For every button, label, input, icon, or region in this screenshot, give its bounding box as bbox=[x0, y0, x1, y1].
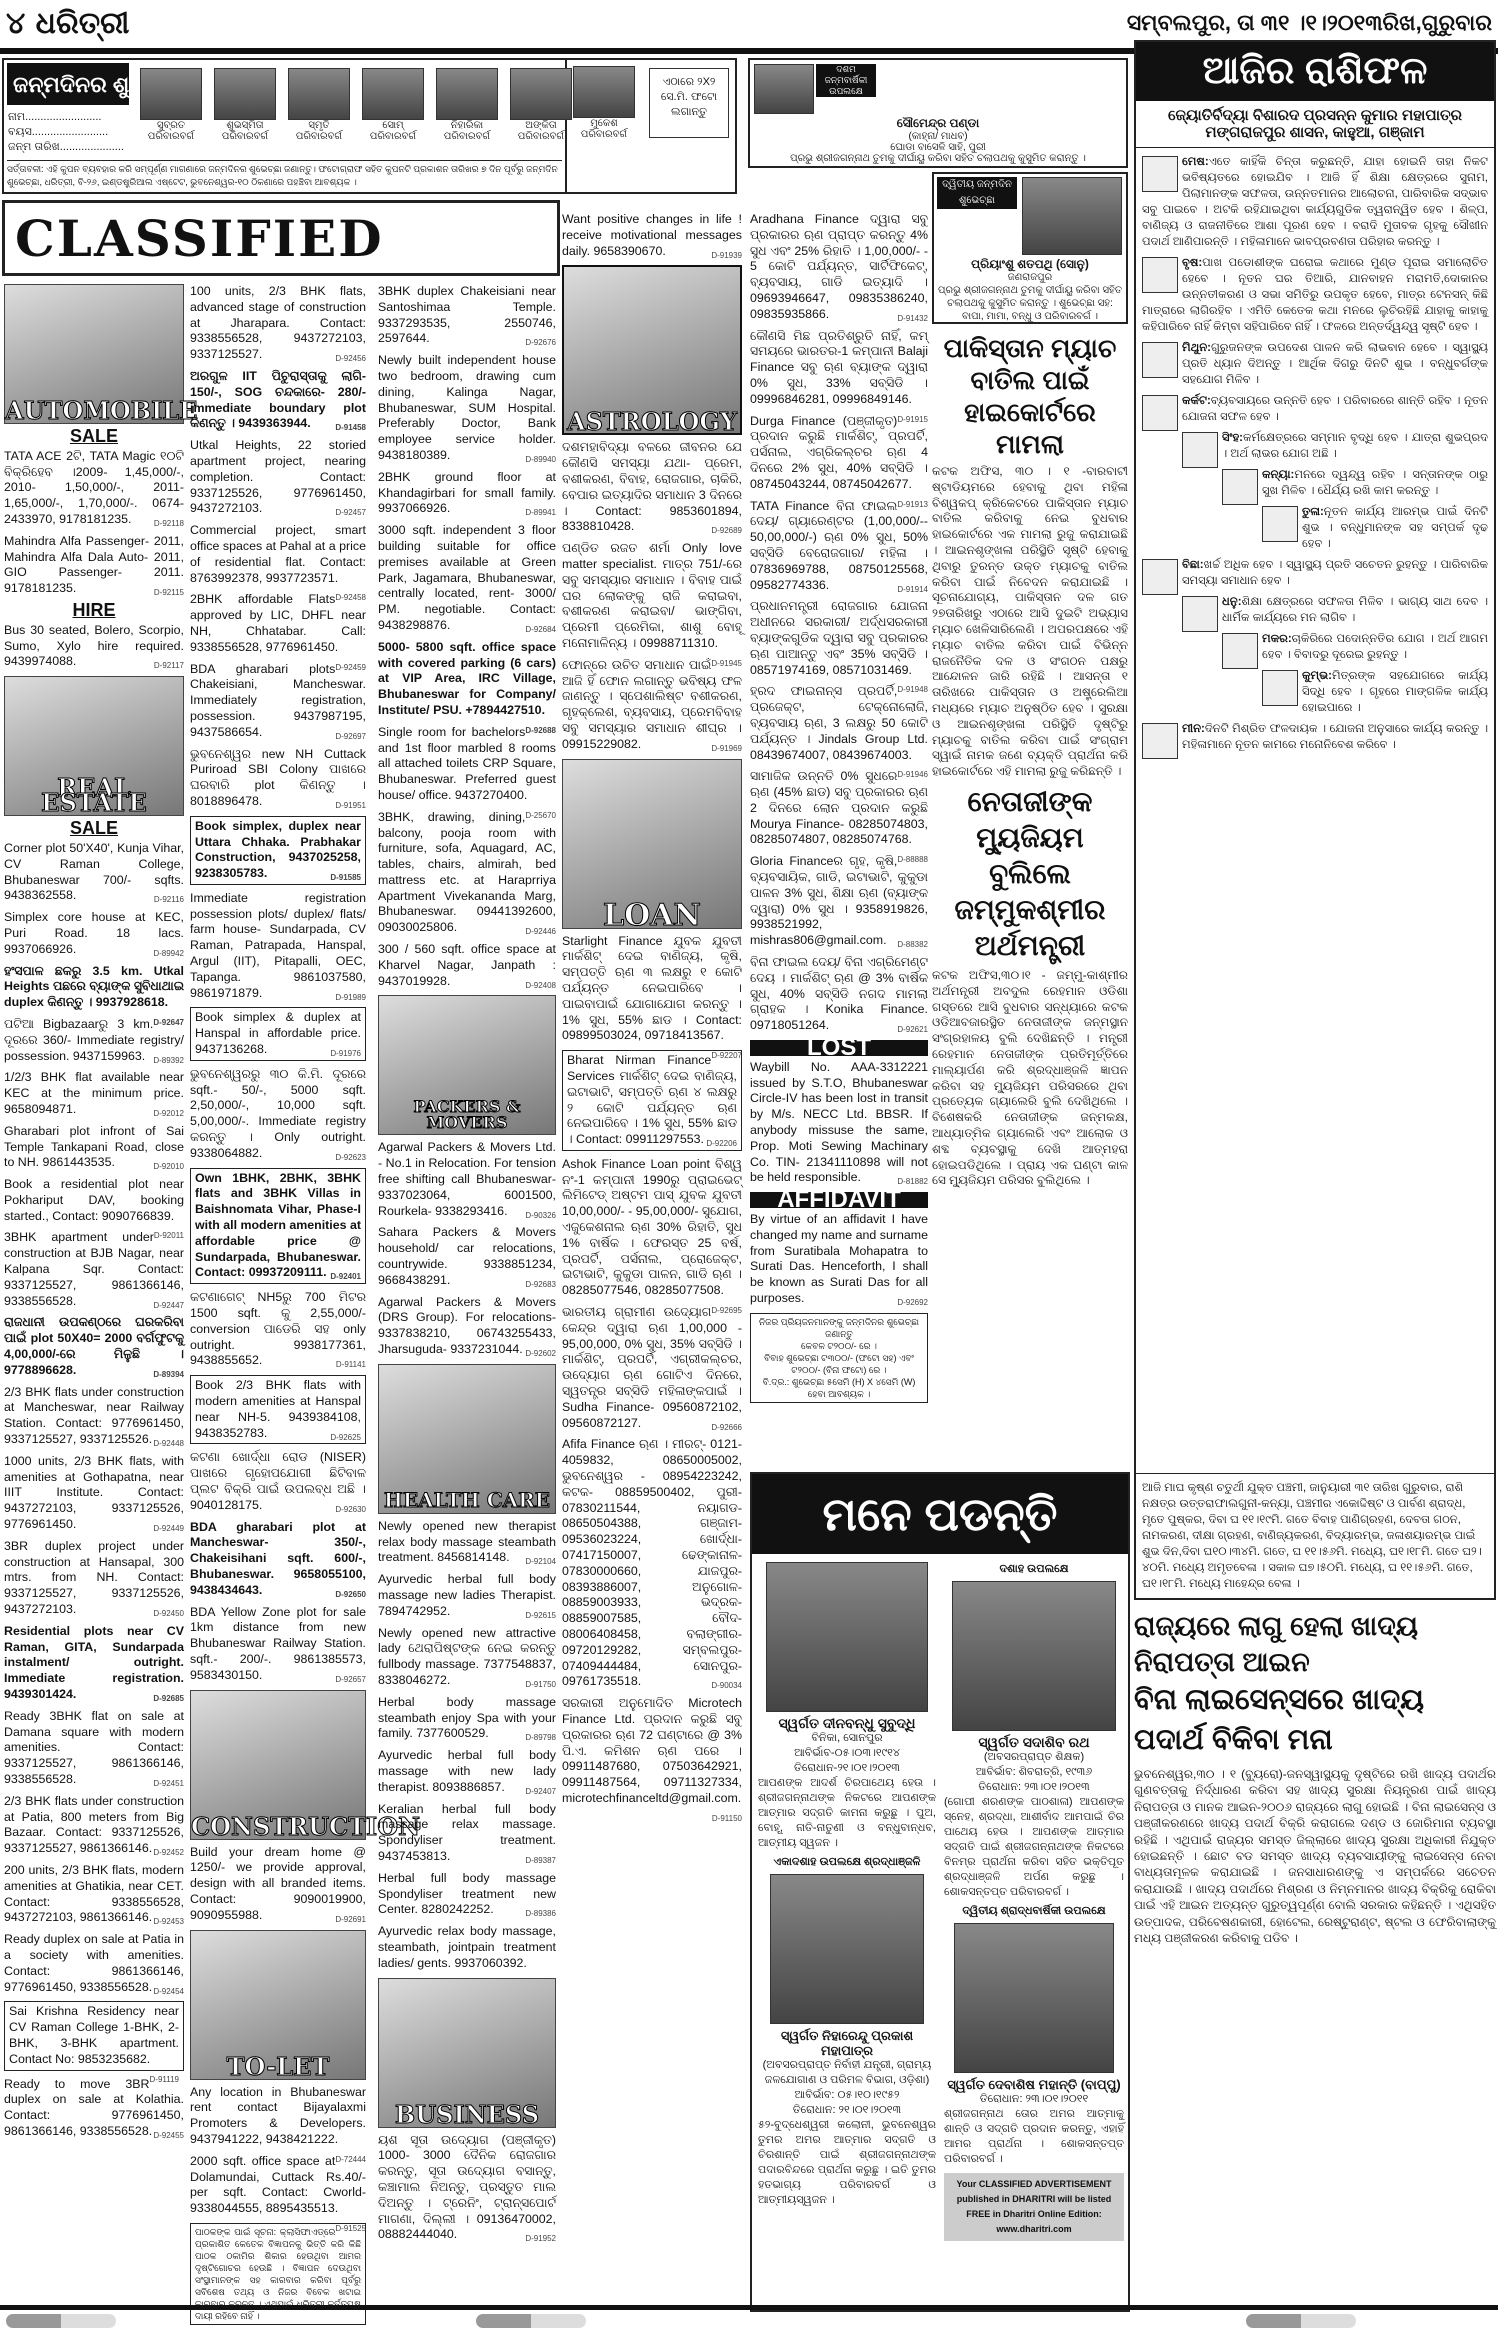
photo-slot: ଏଠାରେ ୨X୨ ସେ.ମି. ଫଟୋ ଲଗାନ୍ତୁ bbox=[649, 68, 729, 138]
zodiac-entry: ସିଂହ:କର୍ମକ୍ଷେତ୍ରରେ ସମ୍ମାନ ବୃଦ୍ଧି ହେବ । ଯ… bbox=[1142, 430, 1488, 462]
headline-food-safety-2: ବିନା ଲାଇସେନ୍ସରେ ଖାଦ୍ୟ ପଦାର୍ଥ ବିକିବା ମନା bbox=[1134, 1680, 1496, 1760]
zodiac-sign-icon bbox=[1262, 506, 1298, 542]
column-finance: Aradhana Finance ଦ୍ୱାରା ସବୁ ପ୍ରକାରର ଋଣ ପ… bbox=[750, 212, 928, 1403]
horoscope-title: ଆଜିର ରାଶିଫଳ bbox=[1136, 42, 1494, 101]
portrait-photo bbox=[952, 1581, 1116, 1731]
obit-tag: ଏକାଦଶାହ ଉପଲକ୍ଷେ ଶ୍ରଦ୍ଧାଞ୍ଜଳି bbox=[758, 1855, 936, 1870]
packers-list: Agarwal Packers & Movers Ltd. - No.1 in … bbox=[378, 1140, 556, 1357]
astrology-banner: ASTROLOGY bbox=[562, 265, 742, 435]
page-number-masthead: ୪ ଧରିତ୍ରୀ bbox=[6, 6, 129, 41]
obit-name: ସ୍ୱର୍ଗତ ଦେବାଶିଷ ମହାନ୍ତି (ବାପ୍ପୁ) bbox=[944, 2077, 1124, 2092]
classified-ad: ଭାରତୀୟ ଗ୍ରାମୀଣ ଉଦ୍ୟୋଗ କେନ୍ଦ୍ର ଦ୍ୱାରା ଋଣ … bbox=[562, 1305, 742, 1431]
name-field[interactable]: ନାମ......................... bbox=[8, 110, 124, 125]
section-hire: HIRE bbox=[4, 603, 184, 619]
panjika-box: ଆଜି ମାଘ କୃଷ୍ଣ ଚତୁର୍ଥୀ ଯୁକ୍ତ ପଞ୍ଚମୀ, ଜାନୁ… bbox=[1136, 1473, 1494, 1598]
headline-pakistan-match: ପାକିସ୍ତାନ ମ୍ୟାଚ ବାତିଲ ପାଇଁ ହାଇକୋର୍ଟରେ ମା… bbox=[932, 332, 1128, 460]
column-automobile-realestate: AUTOMOBILE SALE TATA ACE 2ଟି, TATA Magic… bbox=[4, 284, 184, 2146]
classified-ad: Starlight Finance ଯୁବକ ଯୁବତୀ ମାର୍କଶିଟ୍ ଦ… bbox=[562, 934, 742, 1045]
classified-ad: 1/2/3 BHK flat available near KEC at the… bbox=[4, 1070, 184, 1117]
footer-rule bbox=[0, 2305, 1498, 2310]
zodiac-entry: ମିଥୁନ:ଗୁରୁଜନଙ୍କ ଉପଦେଶ ପାଳନ କରି ଲାଭବାନ ହେ… bbox=[1142, 340, 1488, 388]
classified-ad: Residential plots near CV Raman, GITA, S… bbox=[4, 1624, 184, 1703]
classified-ad: BDA Yellow Zone plot for sale 1km distan… bbox=[190, 1605, 366, 1684]
construction-banner: CONSTRUCTION bbox=[190, 1690, 366, 1840]
classified-ad: Gharabari plot infront of Sai Temple Tan… bbox=[4, 1124, 184, 1171]
classified-ad: 300 / 560 sqft. office space at Kharvel … bbox=[378, 942, 556, 989]
classified-ad: Want positive changes in life ! receive … bbox=[562, 212, 742, 259]
kid-card: ସ୍ମୃତିପରିବାରବର୍ଗ bbox=[288, 68, 350, 142]
zodiac-entry: ଧନୁ:ଶିକ୍ଷା କ୍ଷେତ୍ରରେ ସଫଳତା ମିଳିବ । ଭାଗ୍ୟ… bbox=[1142, 594, 1488, 626]
coupon-terms: ସର୍ତ୍ତାବଳୀ: ଏହି କୁପନ ବ୍ୟବହାର କରି ସମ୍ପୂର୍… bbox=[7, 160, 562, 189]
kid-card: ସୁବ୍ରତପରିବାରବର୍ଗ bbox=[140, 68, 202, 142]
zodiac-sign-icon bbox=[1222, 469, 1258, 505]
classified-ad: ହଂସପାଳ ଛକରୁ 3.5 km. Utkal Heights ପଛରେ ବ… bbox=[4, 964, 184, 1011]
kid-card: ସୋମ୍ପରିବାରବର୍ଗ bbox=[362, 68, 424, 142]
obituary-section: ମନେ ପଡନ୍ତି ସ୍ୱର୍ଗତ ଦୀନବନ୍ଧୁ ସୁବୁଦ୍ଧି ବିନ… bbox=[750, 1472, 1130, 2312]
kid-card: ନିହାରିକାପରିବାରବର୍ଗ bbox=[436, 68, 498, 142]
classified-ad: Ashok Finance Loan point ବିଶ୍ୱ ନଂ-1 କମ୍ପ… bbox=[562, 1157, 742, 1299]
headline-netaji-museum: ନେତାଜୀଙ୍କ ମ୍ୟୁଜିୟମ ବୁଲିଲେ ଜମ୍ମୁକଶ୍ମୀର ଅର… bbox=[932, 784, 1128, 964]
ad-list: 100 units, 2/3 BHK flats, advanced stage… bbox=[190, 284, 366, 1684]
classified-ad: Aradhana Finance ଦ୍ୱାରା ସବୁ ପ୍ରକାରର ଋଣ ପ… bbox=[750, 212, 928, 323]
anniv-name: ସୌମେନ୍ଦ୍ର ପଣ୍ଡା bbox=[754, 116, 1122, 131]
zodiac-sign-icon bbox=[1142, 257, 1178, 293]
classified-ad: Ready duplex on sale at Patia in a socie… bbox=[4, 1932, 184, 1995]
classified-ad: Book a residential plot near Pokhariput … bbox=[4, 1177, 184, 1224]
classified-ad: Book simplex, duplex near Uttara Chhaka.… bbox=[190, 816, 366, 885]
classified-ad: Gloria Financeର ଗୃହ, କୃଷି, ବ୍ୟବସାୟିକ, ଗା… bbox=[750, 854, 928, 949]
health-care-banner: HEALTH CARE bbox=[378, 1364, 556, 1514]
classified-ad: Simplex core house at KEC, Puri Road. 18… bbox=[4, 910, 184, 957]
obit-name: ସ୍ୱର୍ଗତ ସଦାଶିବ ରଥ bbox=[944, 1735, 1124, 1750]
anniv-tag: ଦ୍ୱିତୀୟ ଜନ୍ମଦିନ ଶୁଭେଚ୍ଛା bbox=[937, 177, 1017, 209]
zodiac-entry: କନ୍ୟା:ମନରେ ଦ୍ୱନ୍ଦ୍ୱ ରହିବ । ସନ୍ତାନଙ୍କ ଠାର… bbox=[1142, 467, 1488, 499]
headline-food-safety-1: ରାଜ୍ୟରେ ଲାଗୁ ହେଲା ଖାଦ୍ୟ ନିରାପତ୍ତା ଆଇନ bbox=[1134, 1608, 1496, 1680]
anniv-address: ଜଣରାଜପୁର bbox=[937, 271, 1123, 284]
page-indicator bbox=[6, 2314, 116, 2328]
age-field[interactable]: ବୟସ......................... bbox=[8, 125, 124, 140]
zodiac-sign-icon bbox=[1182, 596, 1218, 632]
anniv-message: ପ୍ରଭୁ ଶ୍ରୀଜଗନ୍ନାଥ ତୁମକୁ ଦୀର୍ଘାୟୁ କରିବା ସ… bbox=[754, 153, 1122, 164]
classified-ad: TATA ACE 2ଟି, TATA Magic ୧୦ଟି ବିକ୍ରିହେବ … bbox=[4, 449, 184, 528]
loan-banner: LOAN bbox=[562, 759, 742, 929]
classified-ad: ଅରଗୁଳ IIT ପିଚୁରାସ୍ତାକୁ ଲାଗି- 150/-, SOG … bbox=[190, 369, 366, 432]
coupon-fields: ନାମ......................... ବୟସ........… bbox=[8, 110, 124, 155]
health-list: Newly opened new therapist relax body ma… bbox=[378, 1519, 556, 1972]
classified-ad: ସରକାରୀ ଅନୁମୋଦିତ Microtech Finance Ltd. ପ… bbox=[562, 1696, 742, 1807]
birthday-ad-2: ଦ୍ୱିତୀୟ ଜନ୍ମଦିନ ଶୁଭେଚ୍ଛା ପ୍ରିୟାଂଶୁ ଶତପଥି… bbox=[932, 172, 1128, 324]
anniv-name: ପ୍ରିୟାଂଶୁ ଶତପଥି (ସୋନୁ) bbox=[937, 258, 1123, 271]
kid-photo bbox=[436, 68, 498, 120]
classified-ad: Ayurvedic relax body massage, steambath,… bbox=[378, 1924, 556, 1971]
finance-list: Aradhana Finance ଦ୍ୱାରା ସବୁ ପ୍ରକାରର ଋଣ ପ… bbox=[750, 212, 928, 1034]
kid-card: ମୁକେଶପରିବାରବର୍ଗ bbox=[573, 66, 635, 140]
classified-ad: Sahara Packers & Movers household/ car r… bbox=[378, 1225, 556, 1288]
kid-card: ଅଙ୍କିତାପରିବାରବର୍ଗ bbox=[510, 68, 572, 142]
classified-ad: Bus 30 seated, Bolero, Scorpio, Sumo, Xy… bbox=[4, 623, 184, 670]
zodiac-sign-icon bbox=[1182, 432, 1218, 468]
child-photo bbox=[1022, 177, 1122, 255]
astrology-list: ଦଶମହାବିଦ୍ୟା ବଳରେ ଜୀବନର ଯେ କୌଣସି ସମସ୍ୟା ଯ… bbox=[562, 440, 742, 752]
kid-photo bbox=[214, 68, 276, 120]
zodiac-list: ମେଷ:ଏତେ କାହିଁକି ଚିନ୍ତା କରୁଛନ୍ତି, ଯାହା ହୋ… bbox=[1136, 148, 1494, 764]
affidavit-notice: By virtue of an affidavit I have changed… bbox=[750, 1212, 928, 1307]
affidavit-heading: AFFIDAVIT bbox=[750, 1192, 928, 1208]
to-let-banner: TO-LET bbox=[190, 1930, 366, 2080]
zodiac-sign-icon bbox=[1262, 670, 1298, 706]
classified-ad: Immediate registration possession plots/… bbox=[190, 891, 366, 1002]
horoscope-section: ଆଜିର ରାଶିଫଳ ଜ୍ୟୋତିର୍ବିଦ୍ୟା ବିଶାରଦ ପ୍ରସନ୍… bbox=[1134, 40, 1496, 1600]
kid-card: ଶୁଭସ୍ମିତାପରିବାରବର୍ଗ bbox=[214, 68, 276, 142]
classified-ad: ଭୁବନେଶ୍ୱରରୁ ୩୦ କି.ମି. ଦୂରରେ sqft.- 50/-,… bbox=[190, 1067, 366, 1162]
zodiac-sign-icon bbox=[1142, 342, 1178, 378]
page-indicator bbox=[476, 2314, 586, 2328]
classified-ad: Herbal full body massage Spondyliser tre… bbox=[378, 1871, 556, 1918]
zodiac-entry: ମେଷ:ଏତେ କାହିଁକି ଚିନ୍ତା କରୁଛନ୍ତି, ଯାହା ହୋ… bbox=[1142, 154, 1488, 250]
dob-field[interactable]: ଜନ୍ମ ତାରିଖ..................... bbox=[8, 140, 124, 155]
obit-name: ସ୍ୱର୍ଗତ ଦୀନବନ୍ଧୁ ସୁବୁଦ୍ଧି bbox=[758, 1716, 936, 1731]
classified-title: CLASSIFIED bbox=[5, 203, 557, 274]
classified-ad: କୌଣସି ମିଛ ପ୍ରତିଶ୍ରୁତି ନାହିଁ, କମ୍ ସମୟରେ ଭ… bbox=[750, 329, 928, 408]
column-astrology-loan: Want positive changes in life ! receive … bbox=[562, 212, 742, 1827]
column-realestate-2: 100 units, 2/3 BHK flats, advanced stage… bbox=[190, 284, 366, 2325]
kid-photo bbox=[288, 68, 350, 120]
lost-heading: LOST bbox=[750, 1040, 928, 1056]
packers-movers-banner: PACKERS & MOVERS bbox=[378, 995, 556, 1135]
classified-ad: Newly built independent house two bedroo… bbox=[378, 353, 556, 464]
obit-name: ସ୍ୱର୍ଗତ ନିହାରେନ୍ଦୁ ପ୍ରକାଶ ମହାପାତ୍ର bbox=[758, 2028, 936, 2058]
automobile-banner: AUTOMOBILE bbox=[4, 284, 184, 424]
loan-list: Starlight Finance ଯୁବକ ଯୁବତୀ ମାର୍କଶିଟ୍ ଦ… bbox=[562, 934, 742, 1807]
classified-ad: 1000 units, 2/3 BHK flats, with amenitie… bbox=[4, 1454, 184, 1533]
classified-ad: Corner plot 50'X40', Kunja Vihar, CV Ram… bbox=[4, 841, 184, 904]
classified-ad: Any location in Bhubaneswar rent contact… bbox=[190, 2085, 366, 2148]
birthday-ad-1: ଦଶମ ଜନ୍ମବାର୍ଷିକୀ ଉପଲକ୍ଷେ ସୌମେନ୍ଦ୍ର ପଣ୍ଡା… bbox=[748, 58, 1128, 168]
anniv-message: ପ୍ରଭୁ ଶ୍ରୀଜଗନ୍ନାଥ ତୁମକୁ ଦୀର୍ଘାୟୁ କରିବା ସ… bbox=[937, 284, 1123, 323]
zodiac-sign-icon bbox=[1142, 395, 1178, 431]
classified-banner: CLASSIFIED bbox=[2, 200, 560, 276]
zodiac-entry: ବୃଷ:ପାଖ ପଡୋଶୀଙ୍କ ଘରୋଇ କଥାରେ ମୁଣ୍ଡ ପୂରାଇ … bbox=[1142, 255, 1488, 335]
classified-ad: Bharat Nirman Finance Services ମାର୍କଶିଟ୍… bbox=[562, 1050, 742, 1151]
zodiac-entry: ମକର:ଚାକିରିରେ ପଦୋନ୍ନତିର ଯୋଗ । ଅର୍ଥ ଆଗମ ହେ… bbox=[1142, 631, 1488, 663]
classified-ad: Mahindra Alfa Passenger- 2011, Mahindra … bbox=[4, 534, 184, 597]
classified-ad: Commercial project, smart office spaces … bbox=[190, 523, 366, 586]
article-body: ଭୁବନେଶ୍ୱର,୩୦ । ୧ (ବ୍ୟୁରୋ)-ଜନସ୍ୱାସ୍ଥ୍ୟକୁ … bbox=[1134, 1766, 1496, 1946]
classified-ad: କଟଣା ଖୋର୍ଦ୍ଧା ରୋଡ (NISER) ପାଖରେ ଗୃହୋପଯୋଗ… bbox=[190, 1450, 366, 1513]
classified-ad: BDA gharabari plot at Mancheswar- 350/-,… bbox=[190, 1520, 366, 1599]
zodiac-sign-icon bbox=[1142, 559, 1178, 595]
classified-ad: 5000- 5800 sqft. office space with cover… bbox=[378, 640, 556, 719]
business-banner: BUSINESS bbox=[378, 1978, 556, 2128]
kid-photo bbox=[140, 68, 202, 120]
obit-tag: ଦ୍ୱିତୀୟ ଶ୍ରାଦ୍ଧବାର୍ଷିକୀ ଉପଲକ୍ଷେ bbox=[944, 1904, 1124, 1919]
zodiac-entry: କୁମ୍ଭ:ମିତ୍ରଙ୍କ ସହଯୋଗରେ କାର୍ଯ୍ୟ ସିଦ୍ଧି ହେ… bbox=[1142, 668, 1488, 716]
classified-ad: TATA Finance ବିନା ଫାଇଲ ଦେୟ/ ଗ୍ୟାରେଣ୍ଟର (… bbox=[750, 499, 928, 594]
zodiac-entry: ତୁଳା:ନୂତନ କାର୍ଯ୍ୟ ଆରମ୍ଭ ପାଇଁ ଦିନଟି ଶୁଭ ।… bbox=[1142, 504, 1488, 552]
lost-notice: Waybill No. AAA-3312221 issued by S.T.O,… bbox=[750, 1060, 928, 1186]
section-sale: SALE bbox=[4, 429, 184, 445]
classified-ad: Own 1BHK, 2BHK, 3BHK flats and 3BHK Vill… bbox=[190, 1168, 366, 1285]
classified-ad: Utkal Heights, 22 storied apartment proj… bbox=[190, 438, 366, 517]
kid-photo bbox=[362, 68, 424, 120]
zodiac-entry: କର୍କଟ:ବ୍ୟବସାୟରେ ଉନ୍ନତି ହେବ । ପରିବାରରେ ଶା… bbox=[1142, 393, 1488, 425]
classified-ad: Build your dream home @ 1250/- we provid… bbox=[190, 1845, 366, 1924]
zodiac-sign-icon bbox=[1142, 723, 1178, 759]
rate-box: ନିଜର ପ୍ରିୟଜନମାନଙ୍କୁ ଜନ୍ମଦିନର ଶୁଭେଚ୍ଛା ଜଣ… bbox=[750, 1313, 928, 1403]
classified-ad: ଭୁବନେଶ୍ୱର new NH Cuttack Puriroad SBI Co… bbox=[190, 747, 366, 810]
classified-ad: Ayurvedic herbal full body massage with … bbox=[378, 1748, 556, 1795]
column-rent-services: 3BHK duplex Chakeisiani near Santoshimaa… bbox=[378, 284, 556, 2249]
food-safety-article: ରାଜ୍ୟରେ ଲାଗୁ ହେଲା ଖାଦ୍ୟ ନିରାପତ୍ତା ଆଇନ ବି… bbox=[1134, 1608, 1496, 1946]
anniv-address: ଘୋଡା ବାସେଳି ସାହି, ପୁରୀ bbox=[754, 142, 1122, 153]
portrait-photo bbox=[766, 1562, 928, 1712]
classified-ad: ଦଶମହାବିଦ୍ୟା ବଳରେ ଜୀବନର ଯେ କୌଣସି ସମସ୍ୟା ଯ… bbox=[562, 440, 742, 535]
real-estate-banner: REAL ESTATE bbox=[4, 676, 184, 816]
classified-ad: Agarwal Packers & Movers Ltd. - No.1 in … bbox=[378, 1140, 556, 1219]
obituary-title: ମନେ ପଡନ୍ତି bbox=[752, 1474, 1128, 1554]
portrait-photo bbox=[770, 1874, 924, 2024]
classified-ad: ରାଜଧାନୀ ଉପକଣ୍ଠରେ ଘରକରିବା ପାଇଁ plot 50X40… bbox=[4, 1315, 184, 1378]
classified-ad: Afifa Finance ଋଣ । ମୀରଟ୍- 0121-4059832, … bbox=[562, 1437, 742, 1690]
classified-ad: Ready 3BHK flat on sale at Damana square… bbox=[4, 1709, 184, 1788]
birthday-coupon-right: ମୁକେଶପରିବାରବର୍ଗ ଏଠାରେ ୨X୨ ସେ.ମି. ଫଟୋ ଲଗା… bbox=[567, 58, 737, 194]
classified-ad: ୟଶ ସୂତା ଉଦ୍ୟୋଗ (ପଞ୍ଜୀକୃତ) 1000- 3000 ଦୈନ… bbox=[378, 2133, 556, 2244]
classified-ad: Newly opened new therapist relax body ma… bbox=[378, 1519, 556, 1566]
classified-ad: Book 2/3 BHK flats with modern amenities… bbox=[190, 1375, 366, 1444]
portrait-photo bbox=[954, 1923, 1114, 2073]
astrologer-name: ଜ୍ୟୋତିର୍ବିଦ୍ୟା ବିଶାରଦ ପ୍ରସନ୍ନ କୁମାର ମହାପ… bbox=[1142, 107, 1488, 124]
zodiac-sign-icon bbox=[1142, 156, 1178, 192]
classified-ad: 2/3 BHK flats under construction at Pati… bbox=[4, 1794, 184, 1857]
classified-ad: Keralian herbal full body massage relax … bbox=[378, 1802, 556, 1865]
classified-ad: Herbal body massage steambath enjoy Spa … bbox=[378, 1695, 556, 1742]
column-news: ଦ୍ୱିତୀୟ ଜନ୍ମଦିନ ଶୁଭେଚ୍ଛା ପ୍ରିୟାଂଶୁ ଶତପଥି… bbox=[932, 172, 1128, 1193]
birthday-coupon: ଜନ୍ମଦିନର ଶୁଭେଚ୍ଛା ନାମ...................… bbox=[2, 58, 567, 194]
zodiac-entry: ମୀନ:ଦିନଟି ମିଶ୍ରିତ ଫଳଦାୟକ । ଯୋଜନା ଅନୁସାରେ… bbox=[1142, 721, 1488, 753]
kid-photo bbox=[510, 68, 572, 120]
obit-tag: ଦଶାହ ଉପଲକ୍ଷେ bbox=[944, 1562, 1124, 1577]
dateline: ସମ୍ବଲପୁର, ତା ୩୧ ।୧।୨୦୧୩ରିଖ,ଗୁରୁବାର bbox=[1127, 10, 1492, 36]
classified-ad: 3BHK, drawing, dining, balcony, pooja ro… bbox=[378, 810, 556, 936]
section-sale-2: SALE bbox=[4, 821, 184, 837]
kids-row: ସୁବ୍ରତପରିବାରବର୍ଗ ଶୁଭସ୍ମିତାପରିବାରବର୍ଗ ସ୍ମ… bbox=[134, 64, 578, 146]
classified-ad: Agarwal Packers & Movers (DRS Group). Fo… bbox=[378, 1295, 556, 1358]
classified-ad: 2/3 BHK flats under construction at Manc… bbox=[4, 1385, 184, 1448]
astrologer-place: ମଙ୍ଗରାଜପୁର ଶାସନ, କାହୁଆ, ଗଞ୍ଜାମ bbox=[1142, 124, 1488, 141]
classified-ad: 2BHK ground floor at Khandagirbari for s… bbox=[378, 470, 556, 517]
kid-photo bbox=[573, 66, 635, 118]
classified-ad: ଫୋନ୍‌ରେ ଉଚିତ ସମାଧାନ ପାଇଁ ଆଜି ହିଁ ଫୋନ ଲଗା… bbox=[562, 658, 742, 753]
article-body: କଟକ ଅଫିସ,୩୦।୧ - ଜମ୍ମୁ-କାଶ୍ମୀର ଅର୍ଥମନ୍ତ୍ର… bbox=[932, 968, 1128, 1189]
classified-ad: Sai Krishna Residency near CV Raman Coll… bbox=[4, 2001, 184, 2070]
classified-ad: 3000 sqft. independent 3 floor building … bbox=[378, 523, 556, 634]
classified-ad: 3BR duplex project under construction at… bbox=[4, 1539, 184, 1618]
ad-list: 3BHK duplex Chakeisiani near Santoshimaa… bbox=[378, 284, 556, 989]
real-estate-list: Corner plot 50'X40', Kunja Vihar, CV Ram… bbox=[4, 841, 184, 2140]
classified-ad: Book simplex & duplex at Hanspal in affo… bbox=[190, 1007, 366, 1060]
classified-ad: 100 units, 2/3 BHK flats, advanced stage… bbox=[190, 284, 366, 363]
online-edition-promo: Your CLASSIFIED ADVERTISEMENT published … bbox=[944, 2173, 1124, 2241]
zodiac-sign-icon bbox=[1222, 633, 1258, 669]
classified-ad: Ayurvedic herbal full body massage new l… bbox=[378, 1572, 556, 1619]
classified-ad: 3BHK duplex Chakeisiani near Santoshimaa… bbox=[378, 284, 556, 347]
classified-ad: 200 units, 2/3 BHK flats, modern ameniti… bbox=[4, 1863, 184, 1926]
birthday-title: ଜନ୍ମଦିନର ଶୁଭେଚ୍ଛା bbox=[7, 63, 129, 105]
classified-ad: ପଣ୍ଡିତ ରଜତ ଶର୍ମା Only love matter specia… bbox=[562, 541, 742, 652]
classified-ad: ପ୍ରଧାନମନ୍ତ୍ରୀ ରୋଜଗାର ଯୋଜନା ଅଧୀନରେ ସରକାରୀ… bbox=[750, 599, 928, 678]
child-photo bbox=[754, 64, 814, 114]
anniv-alias: (କାହ୍ନା/ ମାଧବ) bbox=[754, 131, 1122, 142]
page-indicator bbox=[1246, 2314, 1356, 2328]
classified-ad: ବିନା ଫାଇଲ ଦେୟ/ ବିନା ଏଗ୍ରିମେଣ୍ଟ ଦେୟ । ମାର… bbox=[750, 955, 928, 1034]
article-body: କଟକ ଅଫିସ, ୩୦ । ୧ -ବାରବାଟୀ ଷ୍ଟାଡିୟମରେ ହେବ… bbox=[932, 464, 1128, 780]
zodiac-entry: ବିଛା:ଖର୍ଚ୍ଚ ଅଧିକ ହେବ । ସ୍ୱାସ୍ଥ୍ୟ ପ୍ରତି ସ… bbox=[1142, 557, 1488, 589]
classified-ad: Newly opened new attractive lady ଥେରାପିଷ… bbox=[378, 1626, 556, 1689]
anniv-tag: ଦଶମ ଜନ୍ମବାର୍ଷିକୀ ଉପଲକ୍ଷେ bbox=[816, 64, 876, 97]
classified-ad: କଟଣାଗେଟ୍ NH5ରୁ 700 ମିଟର 1500 sqft. କୁ 2,… bbox=[190, 1290, 366, 1369]
